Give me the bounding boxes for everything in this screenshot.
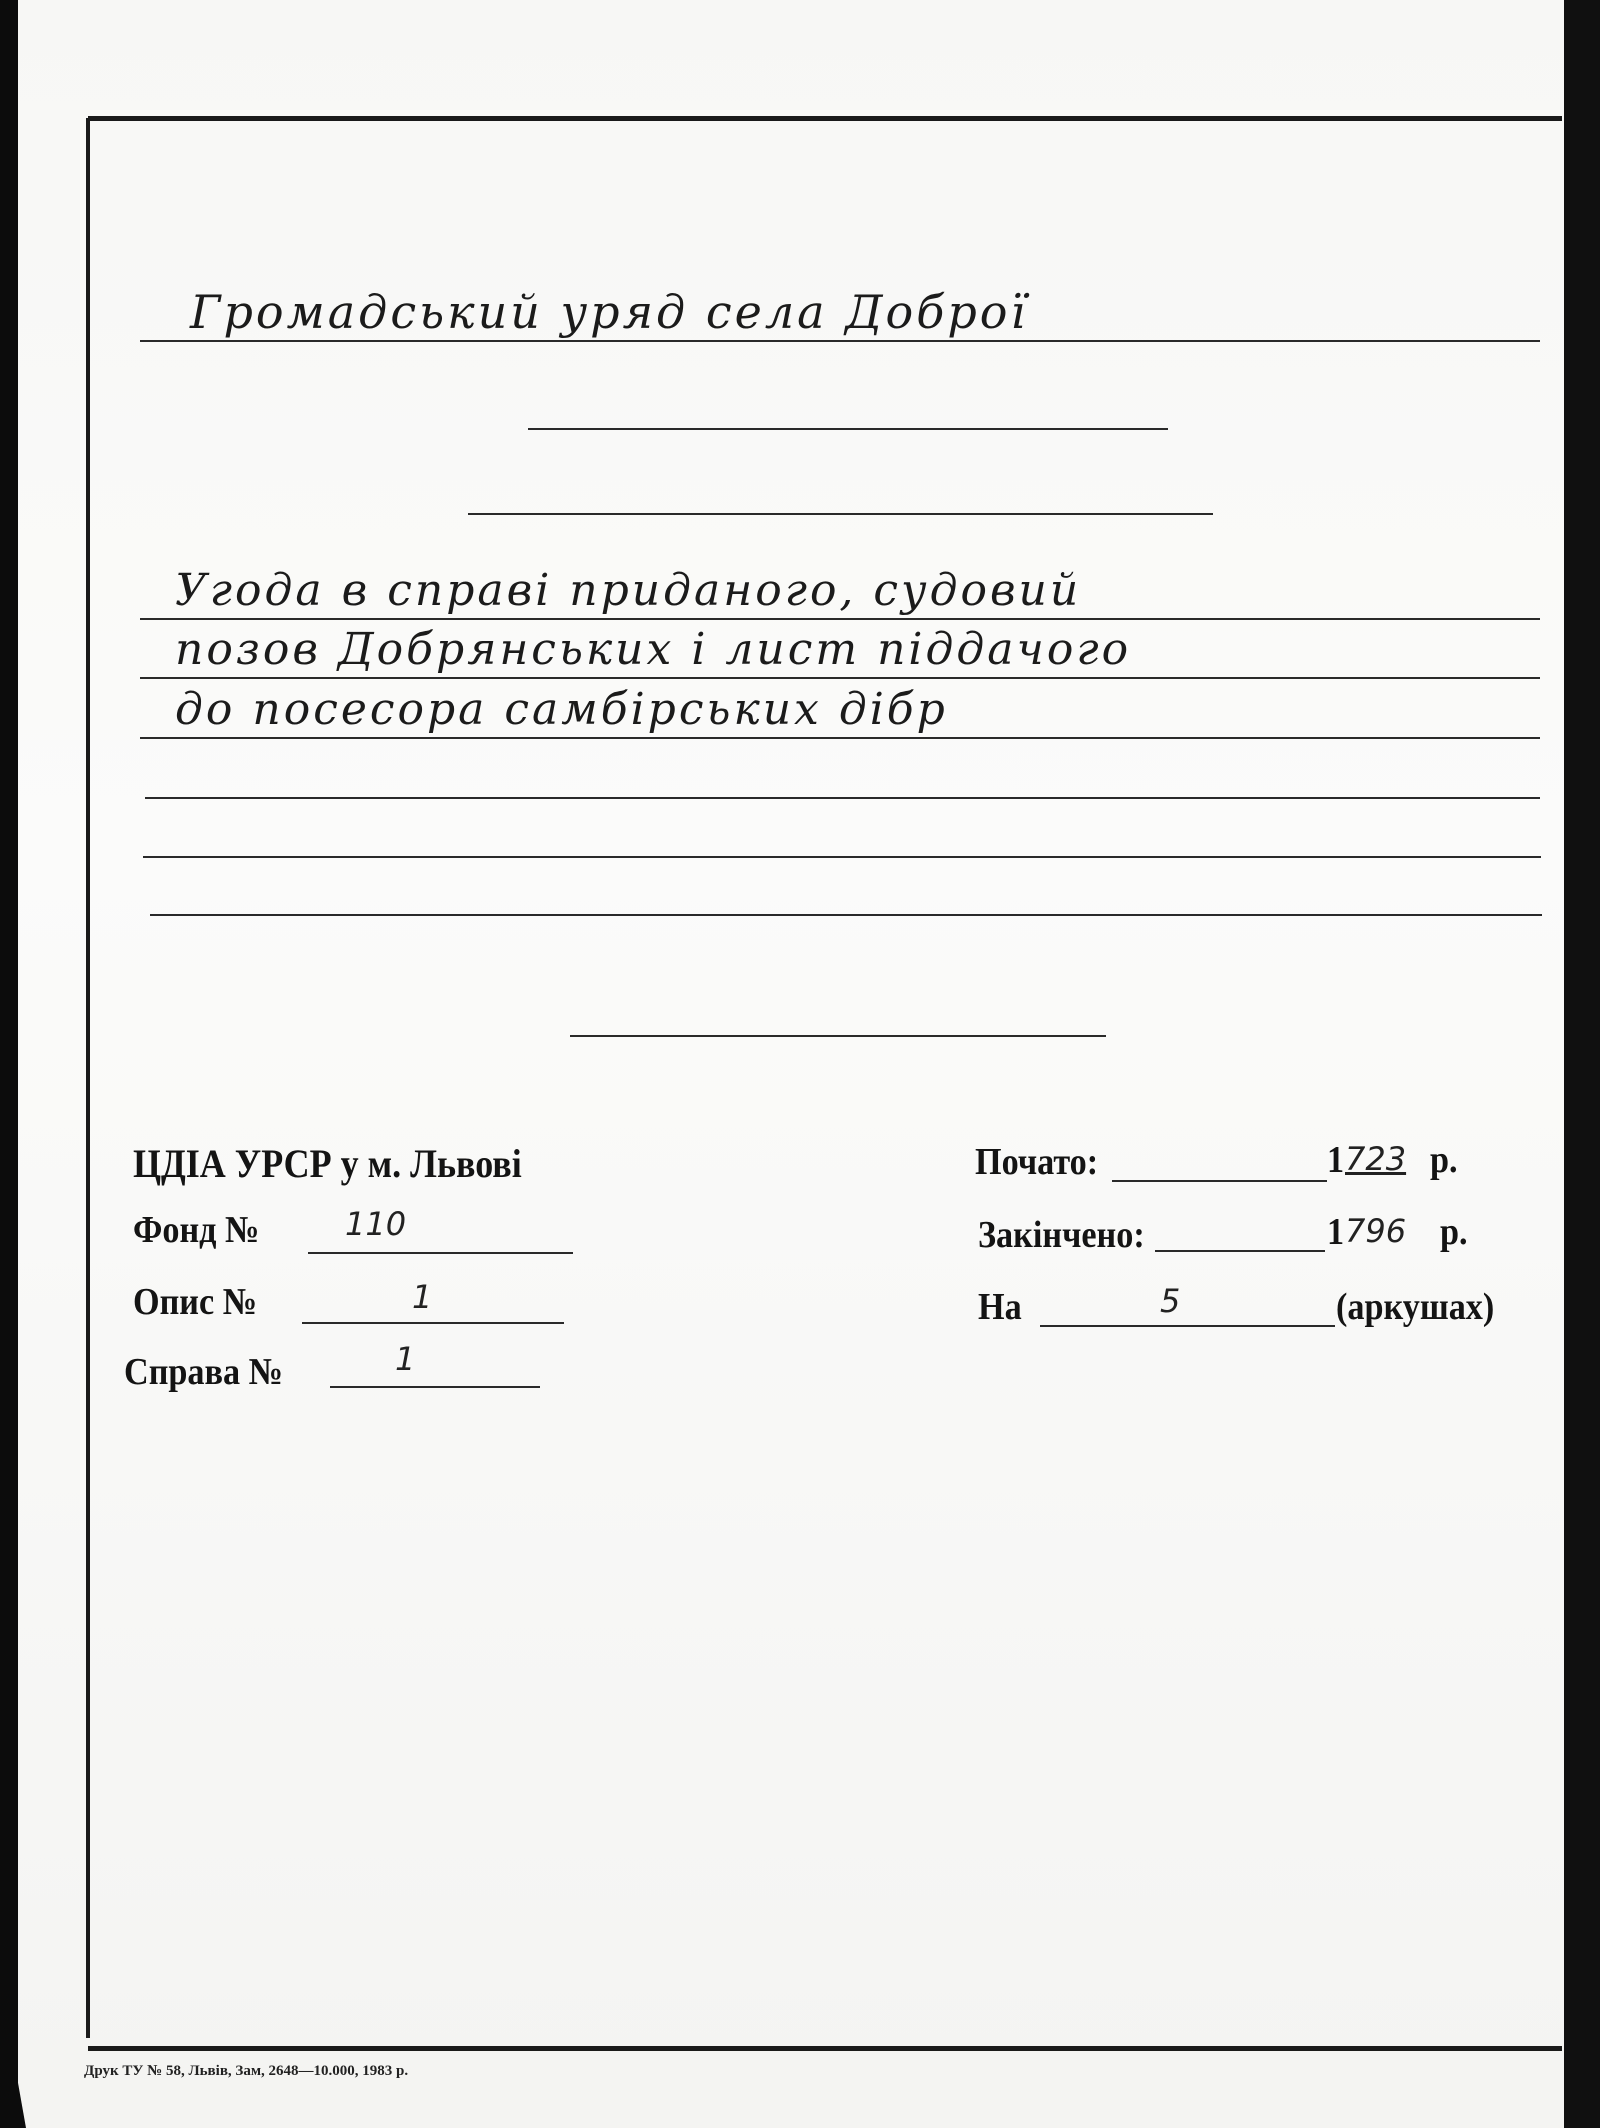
description-underline-3 [140, 737, 1540, 739]
sheets-unit: (аркушах) [1336, 1285, 1494, 1329]
blank-line-1 [145, 797, 1540, 799]
scan-edge-right [1564, 0, 1600, 2128]
sprava-value: 1 [395, 1340, 415, 1378]
started-label: Почато: [975, 1140, 1098, 1184]
sprava-label: Справа № [124, 1350, 283, 1394]
separator-line-3 [570, 1035, 1106, 1037]
ended-year-suffix: р. [1440, 1210, 1468, 1254]
sheets-label: На [978, 1285, 1022, 1329]
ended-year-value: 796 [1345, 1212, 1406, 1250]
fond-field-line [308, 1252, 573, 1254]
started-year-suffix: р. [1430, 1138, 1458, 1182]
sheets-value: 5 [1160, 1282, 1180, 1320]
top-border-rule [88, 116, 1562, 121]
started-field-line [1112, 1180, 1327, 1182]
started-year-value: 723 [1345, 1140, 1406, 1178]
sheets-field-line [1040, 1325, 1335, 1327]
separator-line-2 [468, 513, 1213, 515]
started-year-prefix: 1 [1327, 1138, 1344, 1182]
left-border-rule [86, 118, 90, 2038]
ended-field-line [1155, 1250, 1325, 1252]
title-underline [140, 340, 1540, 342]
opys-value: 1 [412, 1278, 432, 1316]
fund-holder-title: Громадський уряд села Доброї [190, 285, 1028, 339]
fond-label: Фонд № [133, 1208, 259, 1252]
ended-label: Закінчено: [978, 1213, 1145, 1257]
archive-institution: ЦДІА УРСР у м. Львові [133, 1140, 522, 1187]
opys-field-line [302, 1322, 564, 1324]
separator-line-1 [528, 428, 1168, 430]
opys-label: Опис № [133, 1280, 257, 1324]
sprava-field-line [330, 1386, 540, 1388]
fond-value: 110 [345, 1205, 406, 1243]
ended-year-prefix: 1 [1327, 1210, 1344, 1254]
description-line-1: Угода в справі приданого, судовий [175, 565, 1081, 616]
description-underline-1 [140, 618, 1540, 620]
description-underline-2 [140, 677, 1540, 679]
scan-edge-left [0, 0, 18, 2128]
description-line-2: позов Добрянських і лист піддачого [175, 624, 1131, 675]
print-info-footer: Друк ТУ № 58, Львів, Зам, 2648—10.000, 1… [84, 2063, 408, 2080]
description-line-3: до посесора самбірських дібр [175, 684, 948, 735]
blank-line-2 [143, 856, 1541, 858]
bottom-border-rule [88, 2046, 1562, 2051]
blank-line-3 [150, 914, 1542, 916]
